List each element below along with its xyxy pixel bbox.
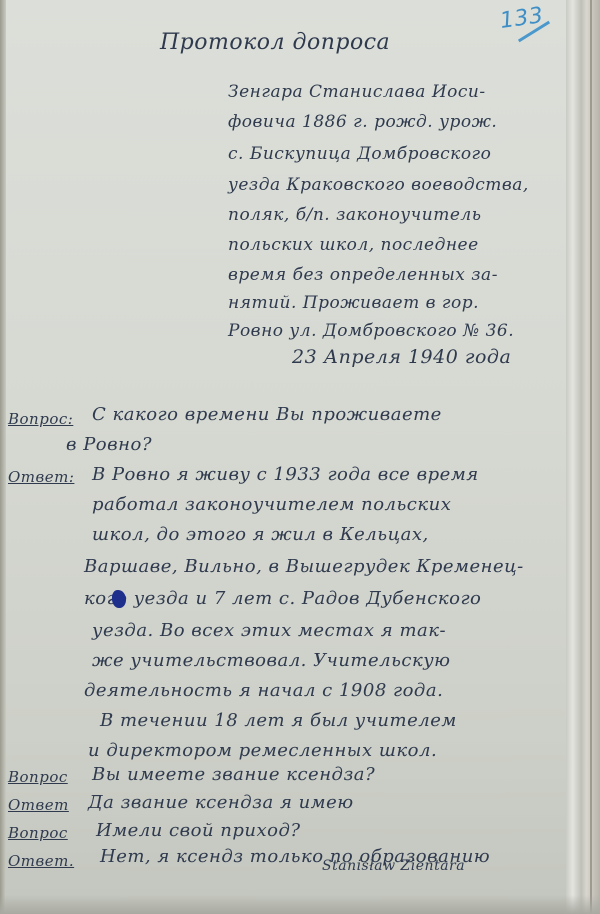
page-right-edge <box>566 0 600 914</box>
answer-text: Да звание ксендза я имею <box>88 792 354 813</box>
question-label: Вопрос: <box>8 410 73 428</box>
protocol-date: 23 Апреля 1940 года <box>292 346 511 368</box>
answer-label: Ответ. <box>8 852 74 870</box>
answer-text: кого уезда и 7 лет с. Радов Дубенского <box>84 588 481 609</box>
header-line: польских школ, последнее <box>228 235 479 255</box>
ink-blot <box>112 590 126 608</box>
question-label: Вопрос <box>8 824 68 842</box>
question-text: Имели свой приход? <box>96 820 301 841</box>
answer-label: Ответ <box>8 796 69 814</box>
answer-text: и директором ремесленных школ. <box>88 740 437 761</box>
answer-text: Варшаве, Вильно, в Вышегрудек Кременец- <box>84 556 524 577</box>
answer-text: школ, до этого я жил в Кельцах, <box>92 524 429 545</box>
answer-label: Ответ: <box>8 468 74 486</box>
answer-text: уезда. Во всех этих местах я так- <box>92 620 446 641</box>
question-text: Вы имеете звание ксендза? <box>92 764 375 785</box>
question-label: Вопрос <box>8 768 68 786</box>
answer-text: В Ровно я живу с 1933 года все время <box>92 464 479 485</box>
header-line: Ровно ул. Домбровского № 36. <box>228 321 514 341</box>
header-line: нятий. Проживает в гор. <box>228 293 479 313</box>
header-line: время без определенных за- <box>228 265 498 285</box>
page-left-edge <box>0 0 6 914</box>
answer-text: деятельность я начал с 1908 года. <box>84 680 443 701</box>
binding-fold <box>590 0 592 914</box>
question-text: в Ровно? <box>66 434 152 455</box>
page-bottom-shadow <box>0 895 600 914</box>
signature: Stanisław Zientara <box>322 858 465 874</box>
header-line: фовича 1886 г. рожд. урож. <box>228 112 497 132</box>
question-text: С какого времени Вы проживаете <box>92 404 442 425</box>
document-title: Протокол допроса <box>160 30 390 55</box>
answer-text: же учительствовал. Учительскую <box>92 650 451 671</box>
header-line: Зенгара Станислава Иоси- <box>228 82 486 102</box>
answer-text: работал законоучителем польских <box>92 494 451 515</box>
answer-text: В течении 18 лет я был учителем <box>100 710 457 731</box>
header-line: уезда Краковского воеводства, <box>228 175 529 195</box>
header-line: с. Бискупица Домбровского <box>228 144 491 164</box>
header-line: поляк, б/п. законоучитель <box>228 205 481 225</box>
